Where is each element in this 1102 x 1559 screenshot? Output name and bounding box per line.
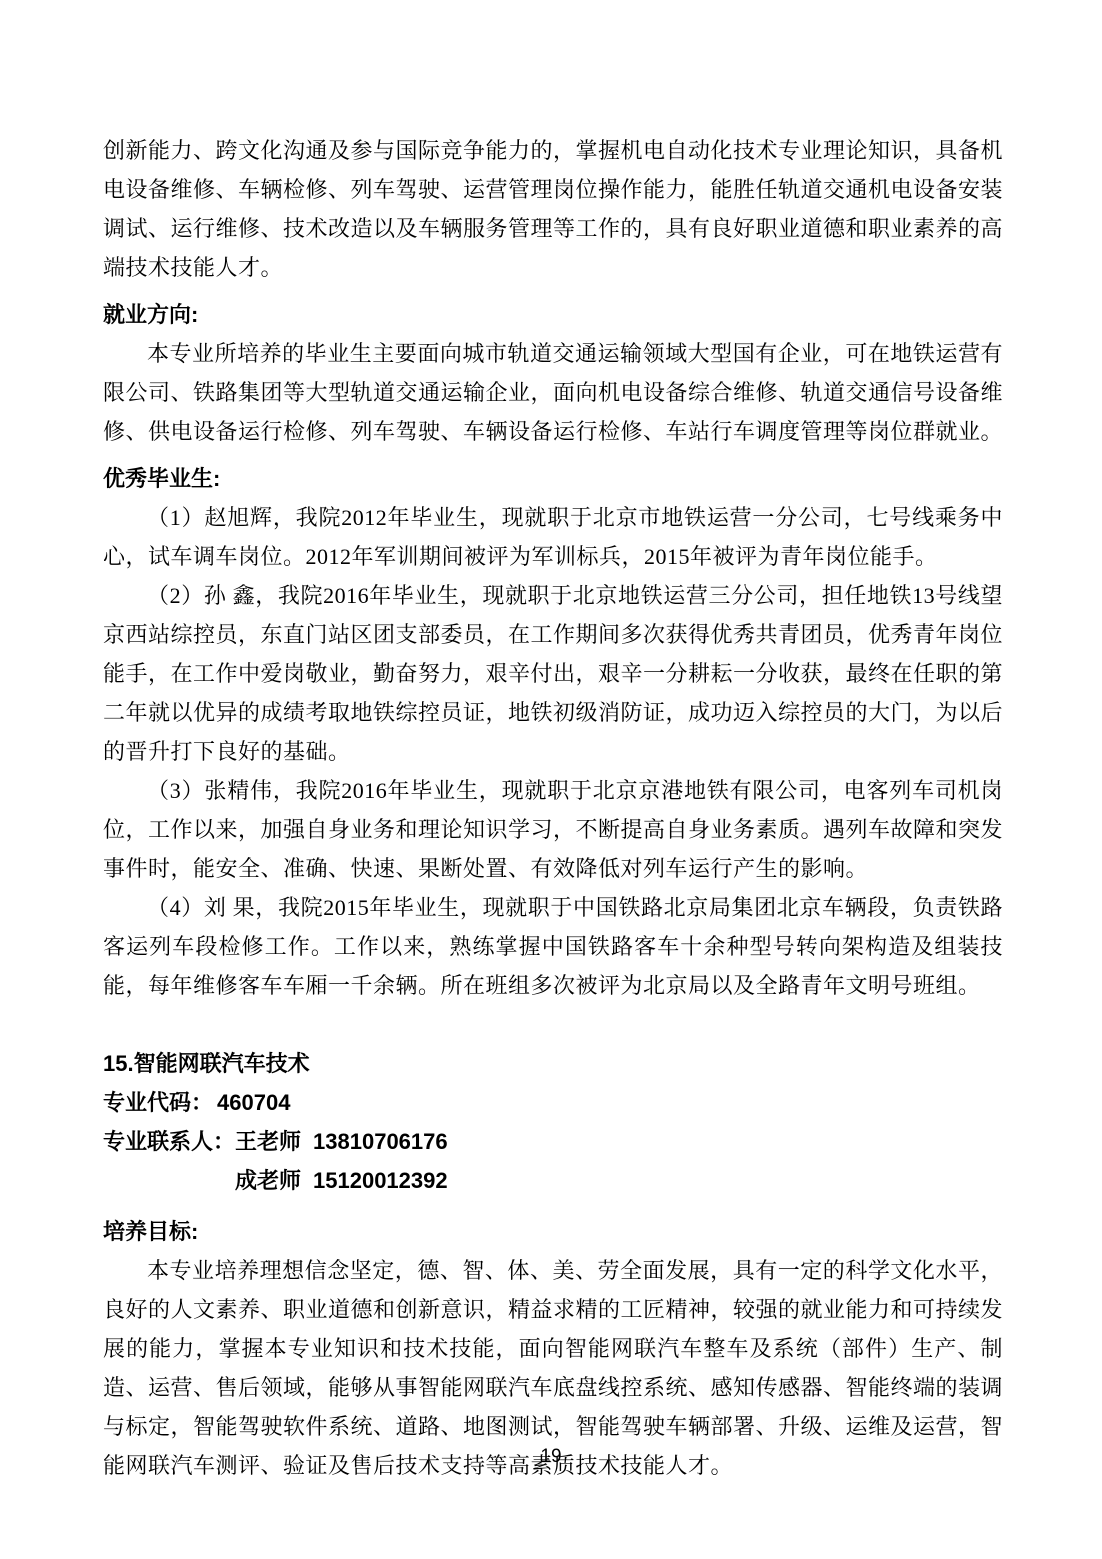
paragraph-graduate-1: （1）赵旭辉，我院2012年毕业生，现就职于北京市地铁运营一分公司，七号线乘务中…	[103, 498, 1003, 576]
heading-outstanding-graduates: 优秀毕业生:	[103, 459, 1003, 498]
program-contact-label: 专业联系人：	[103, 1129, 235, 1154]
paragraph-training-goal-continued: 创新能力、跨文化沟通及参与国际竞争能力的，掌握机电自动化技术专业理论知识，具备机…	[103, 131, 1003, 287]
contact-1-phone: 13810706176	[313, 1129, 448, 1154]
contact-2-name: 成老师	[235, 1168, 301, 1193]
page-content: 创新能力、跨文化沟通及参与国际竞争能力的，掌握机电自动化技术专业理论知识，具备机…	[103, 131, 1003, 1485]
paragraph-graduate-4: （4）刘 果，我院2015年毕业生，现就职于中国铁路北京局集团北京车辆段，负责铁…	[103, 888, 1003, 1005]
paragraph-employment-direction: 本专业所培养的毕业生主要面向城市轨道交通运输领域大型国有企业，可在地铁运营有限公…	[103, 334, 1003, 451]
paragraph-graduate-3: （3）张精伟，我院2016年毕业生，现就职于北京京港地铁有限公司，电客列车司机岗…	[103, 771, 1003, 888]
contact-1-name: 王老师	[235, 1129, 301, 1154]
contact-2-phone: 15120012392	[313, 1168, 448, 1193]
program-contact-line-1: 专业联系人：王老师13810706176	[103, 1122, 1003, 1161]
program-contact-line-2: 成老师15120012392	[235, 1161, 1003, 1200]
program-code-value: 460704	[217, 1090, 290, 1115]
document-page: 创新能力、跨文化沟通及参与国际竞争能力的，掌握机电自动化技术专业理论知识，具备机…	[0, 0, 1102, 1559]
program-code-label: 专业代码：	[103, 1090, 213, 1115]
heading-employment-direction: 就业方向:	[103, 295, 1003, 334]
program-code-line: 专业代码：460704	[103, 1083, 1003, 1122]
paragraph-graduate-2: （2）孙 鑫，我院2016年毕业生，现就职于北京地铁运营三分公司，担任地铁13号…	[103, 576, 1003, 771]
heading-program-15-intelligent-connected-vehicle: 15.智能网联汽车技术	[103, 1044, 1003, 1083]
heading-training-goal: 培养目标:	[103, 1212, 1003, 1251]
page-number: 19	[0, 1446, 1102, 1468]
